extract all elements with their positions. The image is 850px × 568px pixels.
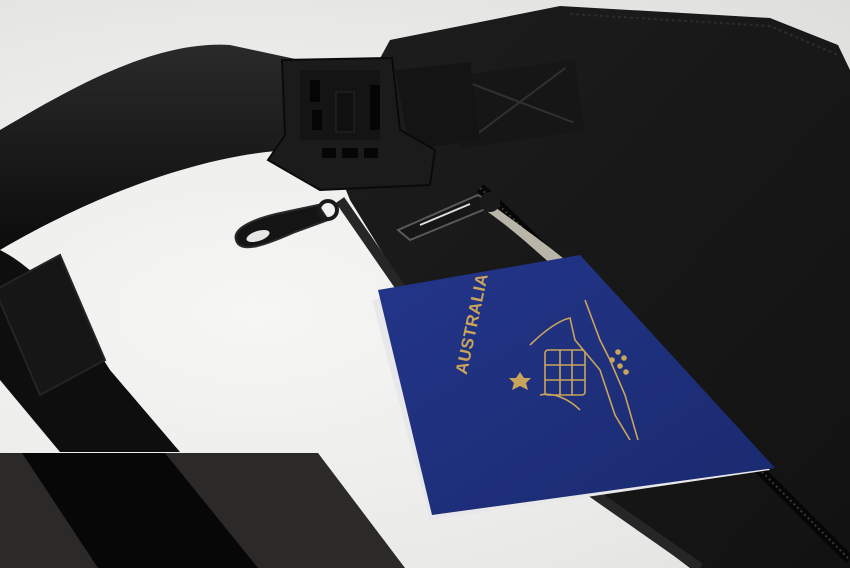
bag-illustration xyxy=(0,0,850,568)
clip-hook xyxy=(236,201,337,247)
product-photo: AUSTRALIA xyxy=(0,0,850,568)
